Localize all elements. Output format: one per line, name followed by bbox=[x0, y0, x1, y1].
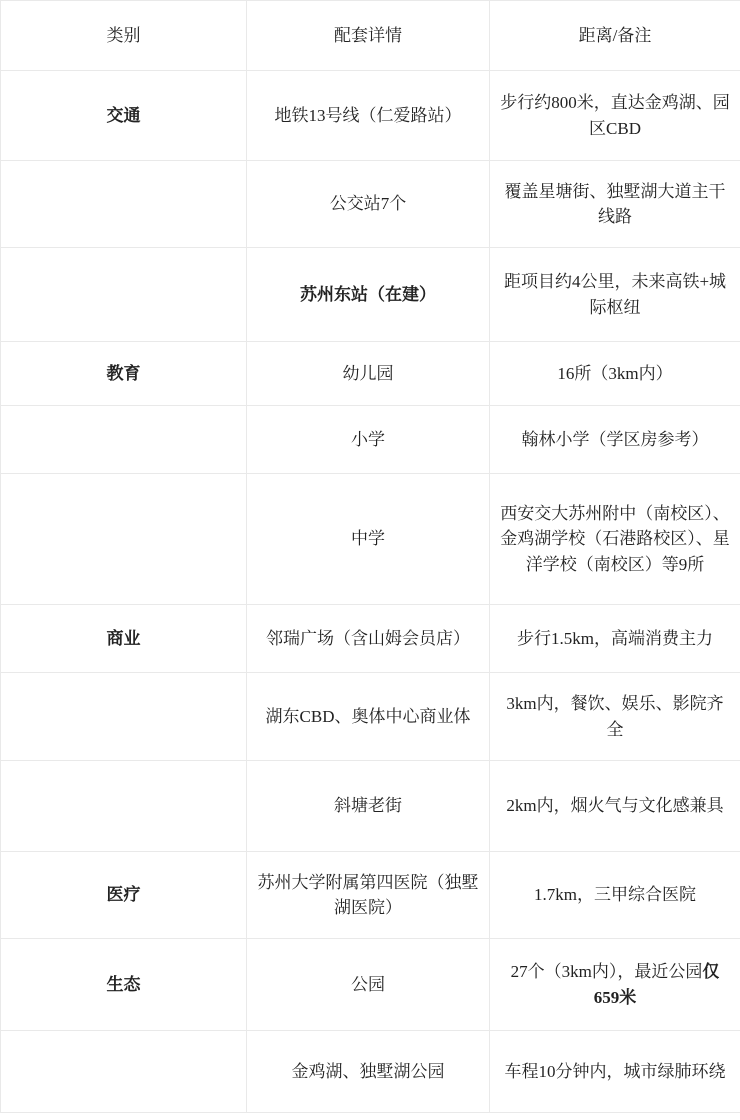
table-row: 公交站7个 覆盖星塘街、独墅湖大道主干线路 bbox=[1, 161, 740, 248]
table-row: 湖东CBD、奥体中心商业体 3km内，餐饮、娱乐、影院齐全 bbox=[1, 673, 740, 761]
cell-category bbox=[1, 248, 247, 342]
table-row: 金鸡湖、独墅湖公园 车程10分钟内，城市绿肺环绕 bbox=[1, 1031, 740, 1113]
table-row: 教育 幼儿园 16所（3km内） bbox=[1, 342, 740, 406]
cell-detail: 公园 bbox=[247, 939, 490, 1031]
cell-note: 翰林小学（学区房参考） bbox=[490, 406, 740, 474]
cell-category bbox=[1, 1031, 247, 1113]
table-row: 斜塘老街 2km内，烟火气与文化感兼具 bbox=[1, 761, 740, 852]
table-row: 小学 翰林小学（学区房参考） bbox=[1, 406, 740, 474]
cell-category: 医疗 bbox=[1, 852, 247, 939]
note-text: 27个（3km内），最近公园 bbox=[511, 962, 703, 981]
table-row: 交通 地铁13号线（仁爱路站） 步行约800米，直达金鸡湖、园区CBD bbox=[1, 71, 740, 161]
cell-category: 商业 bbox=[1, 605, 247, 673]
header-cell-note: 距离/备注 bbox=[490, 1, 740, 71]
cell-note: 1.7km，三甲综合医院 bbox=[490, 852, 740, 939]
cell-category bbox=[1, 161, 247, 248]
cell-category bbox=[1, 673, 247, 761]
table-row: 商业 邻瑞广场（含山姆会员店） 步行1.5km，高端消费主力 bbox=[1, 605, 740, 673]
cell-detail: 中学 bbox=[247, 474, 490, 605]
cell-detail: 公交站7个 bbox=[247, 161, 490, 248]
cell-category: 交通 bbox=[1, 71, 247, 161]
header-cell-category: 类别 bbox=[1, 1, 247, 71]
cell-detail: 苏州大学附属第四医院（独墅湖医院） bbox=[247, 852, 490, 939]
cell-note: 距项目约4公里，未来高铁+城际枢纽 bbox=[490, 248, 740, 342]
cell-detail: 地铁13号线（仁爱路站） bbox=[247, 71, 490, 161]
cell-note: 2km内，烟火气与文化感兼具 bbox=[490, 761, 740, 852]
cell-note: 车程10分钟内，城市绿肺环绕 bbox=[490, 1031, 740, 1113]
cell-detail: 邻瑞广场（含山姆会员店） bbox=[247, 605, 490, 673]
table-row: 中学 西安交大苏州附中（南校区）、金鸡湖学校（石港路校区）、星洋学校（南校区）等… bbox=[1, 474, 740, 605]
header-cell-detail: 配套详情 bbox=[247, 1, 490, 71]
cell-note: 16所（3km内） bbox=[490, 342, 740, 406]
cell-note: 步行1.5km，高端消费主力 bbox=[490, 605, 740, 673]
cell-category: 生态 bbox=[1, 939, 247, 1031]
cell-note: 覆盖星塘街、独墅湖大道主干线路 bbox=[490, 161, 740, 248]
cell-note: 3km内，餐饮、娱乐、影院齐全 bbox=[490, 673, 740, 761]
cell-detail: 斜塘老街 bbox=[247, 761, 490, 852]
cell-category bbox=[1, 761, 247, 852]
table-row: 生态 公园 27个（3km内），最近公园仅659米 bbox=[1, 939, 740, 1031]
cell-note: 27个（3km内），最近公园仅659米 bbox=[490, 939, 740, 1031]
cell-detail: 湖东CBD、奥体中心商业体 bbox=[247, 673, 490, 761]
cell-note: 步行约800米，直达金鸡湖、园区CBD bbox=[490, 71, 740, 161]
cell-detail: 小学 bbox=[247, 406, 490, 474]
cell-detail: 幼儿园 bbox=[247, 342, 490, 406]
cell-detail: 苏州东站（在建） bbox=[247, 248, 490, 342]
amenities-table: 类别 配套详情 距离/备注 交通 地铁13号线（仁爱路站） 步行约800米，直达… bbox=[0, 0, 740, 1113]
table-row: 苏州东站（在建） 距项目约4公里，未来高铁+城际枢纽 bbox=[1, 248, 740, 342]
header-row: 类别 配套详情 距离/备注 bbox=[1, 1, 740, 71]
cell-category bbox=[1, 474, 247, 605]
cell-category: 教育 bbox=[1, 342, 247, 406]
cell-detail: 金鸡湖、独墅湖公园 bbox=[247, 1031, 490, 1113]
table-row: 医疗 苏州大学附属第四医院（独墅湖医院） 1.7km，三甲综合医院 bbox=[1, 852, 740, 939]
cell-note: 西安交大苏州附中（南校区）、金鸡湖学校（石港路校区）、星洋学校（南校区）等9所 bbox=[490, 474, 740, 605]
cell-category bbox=[1, 406, 247, 474]
